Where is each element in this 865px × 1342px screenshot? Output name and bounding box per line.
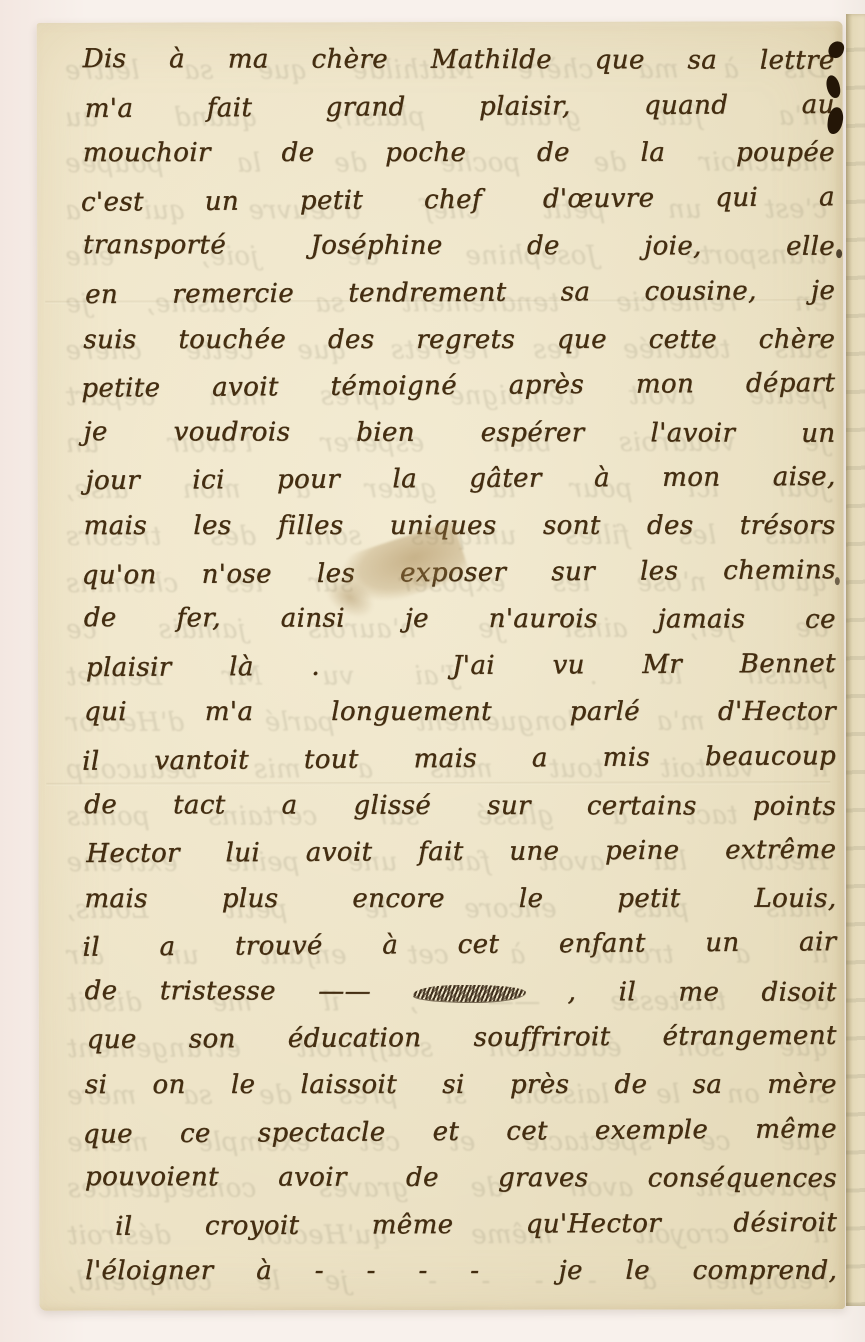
- scribbled-out-word: [412, 985, 528, 1002]
- manuscript-line: m'a fait grand plaisir, quand au: [85, 82, 835, 133]
- manuscript-line: il a trouvé à cet enfant un air: [82, 920, 836, 972]
- seal-mark: [836, 249, 842, 258]
- manuscript-line: jour ici pour la gâter à mon aise,: [85, 455, 835, 506]
- manuscript-line: que ce spectacle et cet exemple même: [83, 1107, 837, 1159]
- manuscript-line: si on le laissoit si près de sa mère: [85, 1063, 837, 1110]
- manuscript-line: l'éloigner à - - - - je le comprend,: [85, 1249, 837, 1296]
- seal-mark: [835, 577, 840, 585]
- manuscript-line: petite avoit témoigné après mon départ: [81, 361, 835, 413]
- manuscript-line: de tact a glissé sur certains points: [84, 783, 836, 831]
- adjacent-page-edge: [846, 14, 865, 1306]
- manuscript-line: mais plus encore le petit Louis,: [84, 877, 836, 924]
- manuscript-line: je voudrois bien espérer l'avoir un: [83, 410, 835, 458]
- manuscript-line: transporté Joséphine de joie, elle: [83, 223, 835, 271]
- manuscript-line: suis touchée des regrets que cette chère: [83, 317, 835, 364]
- manuscript-line: qui m'a longuement parlé d'Hector: [84, 690, 836, 737]
- manuscript-line: Hector lui avoit fait une peine extrême: [86, 828, 836, 879]
- manuscript-line: plaisir là . J'ai vu Mr Bennet: [86, 642, 836, 693]
- manuscript-line: pouvoient avoir de graves conséquences: [85, 1155, 837, 1203]
- manuscript-line: que son éducation souffriroit étrangemen…: [87, 1014, 837, 1065]
- letter-text: Dis à ma chère Mathilde que sa lettrem'a…: [83, 37, 838, 1297]
- manuscript-line: c'est un petit chef d'œuvre qui a: [81, 175, 835, 227]
- line-text: de tristesse ——: [85, 976, 414, 1007]
- manuscript-line: il croyoit même qu'Hector désiroit: [87, 1201, 837, 1252]
- manuscript-line: Dis à ma chère Mathilde que sa lettre: [83, 37, 835, 85]
- manuscript-line: en remercie tendrement sa cousine, je: [85, 269, 835, 320]
- manuscript-line: il vantoit tout mais a mis beaucoup: [82, 734, 836, 786]
- manuscript-line: de tristesse —— , il me disoit: [85, 969, 837, 1017]
- manuscript-scan: Dis à ma chère Mathilde que sa lettrem'a…: [0, 0, 865, 1342]
- manuscript-line: de fer, ainsi je n'aurois jamais ce: [84, 596, 836, 644]
- manuscript-line: mouchoir de poche de la poupée: [83, 131, 835, 178]
- letter-page: Dis à ma chère Mathilde que sa lettrem'a…: [37, 21, 846, 1311]
- line-text: , il me disoit: [525, 977, 836, 1008]
